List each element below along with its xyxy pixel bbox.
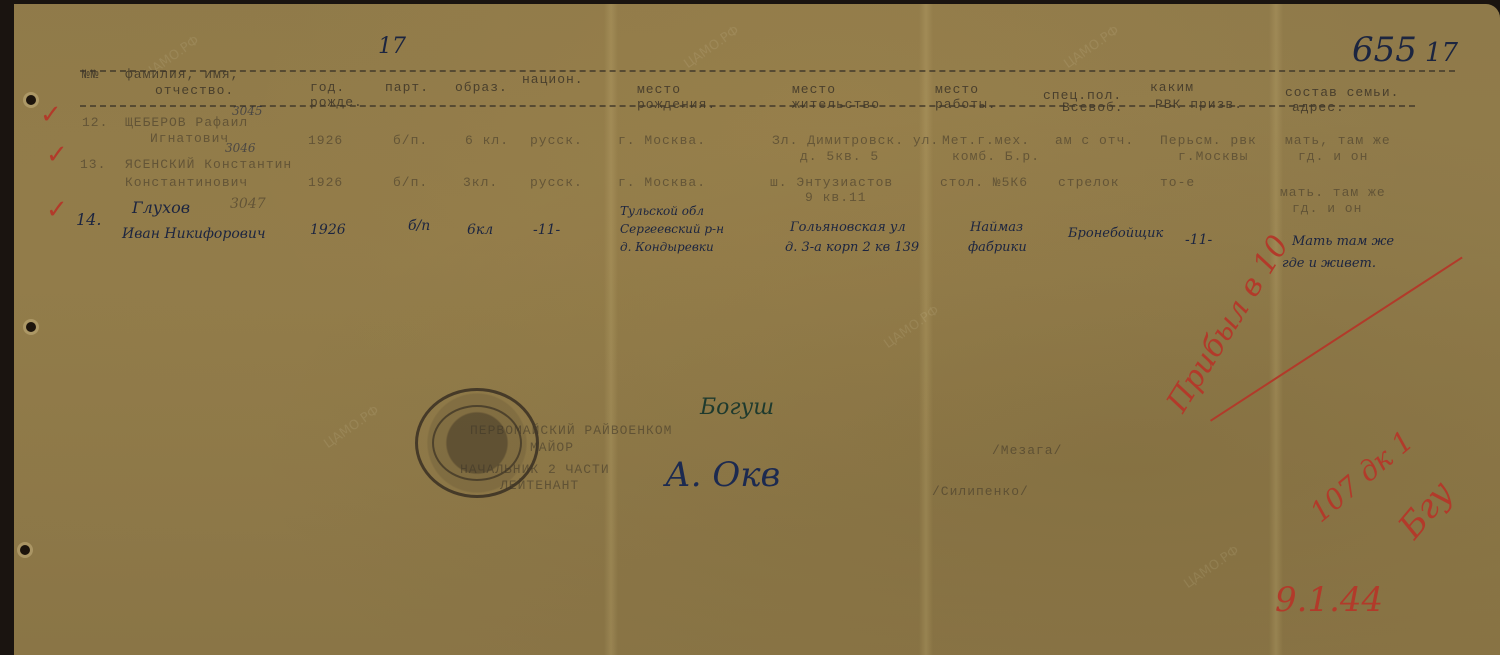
header-work-2: работы.: [935, 97, 997, 112]
row-14-name: Иван Никифорович: [122, 226, 266, 242]
row-14-work-2: фабрики: [968, 240, 1027, 255]
page-marker: 17: [378, 34, 406, 59]
row-13-family: мать. там же: [1280, 185, 1386, 200]
row-14-year: 1926: [310, 222, 346, 238]
row-14-residence: Гольяновская ул: [790, 220, 906, 235]
row-14-family: Мать там же: [1292, 234, 1394, 249]
binding-hole: [26, 322, 36, 332]
row-13-party: б/п.: [393, 175, 428, 190]
row-13-residence-2: 9 кв.11: [805, 190, 867, 205]
row-12-name: ЩЕБЕРОВ Рафаил: [125, 115, 248, 130]
archive-sheet: 17: [1425, 38, 1458, 68]
header-birth-2: рождения.: [637, 97, 716, 112]
row-14-birth: Тульской обл: [620, 204, 704, 218]
signature-2: А. Окв: [665, 455, 780, 495]
header-work: место: [935, 82, 979, 97]
stamp-line-1: ПЕРВОМАЙСКИЙ РАЙВОЕНКОМ: [470, 423, 672, 438]
header-name: фамилия, имя,: [125, 67, 239, 82]
row-14-surname: Глухов: [132, 198, 190, 217]
row-12-family: мать, там же: [1285, 133, 1391, 148]
row-12-residence-2: д. 5кв. 5: [800, 149, 879, 164]
row-12-code: 3045: [232, 104, 263, 118]
row-12-nation: русск.: [530, 133, 583, 148]
row-13-rvk: то-е: [1160, 175, 1195, 190]
row-14-birth-3: д. Кондыревки: [620, 240, 714, 254]
row-14-spec: Бронебойщик: [1068, 226, 1163, 241]
row-13-residence: ш. Энтузиастов: [770, 175, 893, 190]
row-13-code: 3046: [225, 141, 256, 155]
header-year: год.: [310, 80, 345, 95]
stamp-line-2: МАЙОР: [530, 440, 574, 455]
row-13-edu: 3кл.: [463, 175, 498, 190]
checkmark-icon: ✓: [46, 140, 68, 170]
row-14-birth-2: Сергеевский р-н: [620, 222, 724, 236]
binding-hole: [26, 95, 36, 105]
row-14-family-2: где и живет.: [1282, 256, 1376, 271]
header-nation: национ.: [522, 72, 584, 87]
header-edu: образ.: [455, 80, 508, 95]
row-13-birth: г. Москва.: [618, 175, 706, 190]
red-note-date: 9.1.44: [1275, 580, 1383, 620]
row-12-work: Мет.г.мех.: [942, 133, 1030, 148]
binding-hole: [20, 545, 30, 555]
header-party: парт.: [385, 80, 429, 95]
signatory-1: /Мезага/: [992, 443, 1062, 458]
header-rvk-2: РВК призв.: [1155, 97, 1243, 112]
row-12-party: б/п.: [393, 133, 428, 148]
row-12-work-2: комб. Б.р.: [952, 149, 1040, 164]
row-12-edu: 6 кл.: [465, 133, 509, 148]
row-14-rvk: -11-: [1185, 232, 1212, 248]
header-rvk: каким: [1150, 80, 1194, 95]
fold-line: [1269, 4, 1283, 655]
header-family: состав семьи.: [1285, 85, 1399, 100]
row-14-work: Наймаз: [970, 220, 1023, 235]
row-14-num: 14.: [76, 210, 101, 229]
row-12-year: 1926: [308, 133, 343, 148]
row-12-rvk-2: г.Москвы: [1178, 149, 1248, 164]
row-12-num: 12.: [82, 115, 108, 130]
signature-1: Богуш: [700, 395, 774, 420]
row-14-nation: -11-: [533, 222, 560, 238]
row-13-year: 1926: [308, 175, 343, 190]
row-14-residence-2: д. 3-а корп 2 кв 139: [785, 240, 919, 255]
header-residence: место: [792, 82, 836, 97]
row-13-patronymic: Константинович: [125, 175, 248, 190]
checkmark-icon: ✓: [40, 100, 62, 130]
header-num: №№: [82, 67, 100, 82]
checkmark-icon: ✓: [46, 195, 68, 225]
row-14-party: б/п: [408, 218, 430, 234]
row-13-nation: русск.: [530, 175, 583, 190]
header-spec-2: Всевоб.: [1062, 100, 1124, 115]
header-rule-top: [80, 70, 1455, 72]
signatory-2: /Силипенко/: [932, 484, 1029, 499]
document-sheet: [14, 4, 1500, 655]
header-year-2: рожде.: [310, 95, 363, 110]
row-14-edu: 6кл: [467, 222, 493, 238]
stamp-line-3: НАЧАЛЬНИК 2 ЧАСТИ: [460, 462, 610, 477]
row-13-work: стол. №5К6: [940, 175, 1028, 190]
row-12-spec: ам с отч.: [1055, 133, 1134, 148]
row-12-residence: Зл. Димитровск. ул.: [772, 133, 939, 148]
header-name-2: отчество.: [155, 83, 234, 98]
row-12-patronymic: Игнатович: [150, 131, 229, 146]
row-13-num: 13.: [80, 157, 106, 172]
fold-line: [604, 4, 618, 655]
header-birth: место: [637, 82, 681, 97]
row-13-name: ЯСЕНСКИЙ Константин: [125, 157, 292, 172]
row-12-rvk: Перьсм. рвк: [1160, 133, 1257, 148]
row-13-spec: стрелок: [1058, 175, 1120, 190]
stamp-line-4: ЛЕЙТЕНАНТ: [500, 478, 579, 493]
row-14-code: 3047: [230, 196, 266, 212]
header-residence-2: жительство: [792, 97, 880, 112]
row-12-birth: г. Москва.: [618, 133, 706, 148]
row-12-family-2: гд. и он: [1298, 149, 1368, 164]
archive-number: 655: [1352, 30, 1417, 70]
row-13-family-2: гд. и он: [1292, 201, 1362, 216]
header-family-2: адрес.: [1292, 100, 1345, 115]
